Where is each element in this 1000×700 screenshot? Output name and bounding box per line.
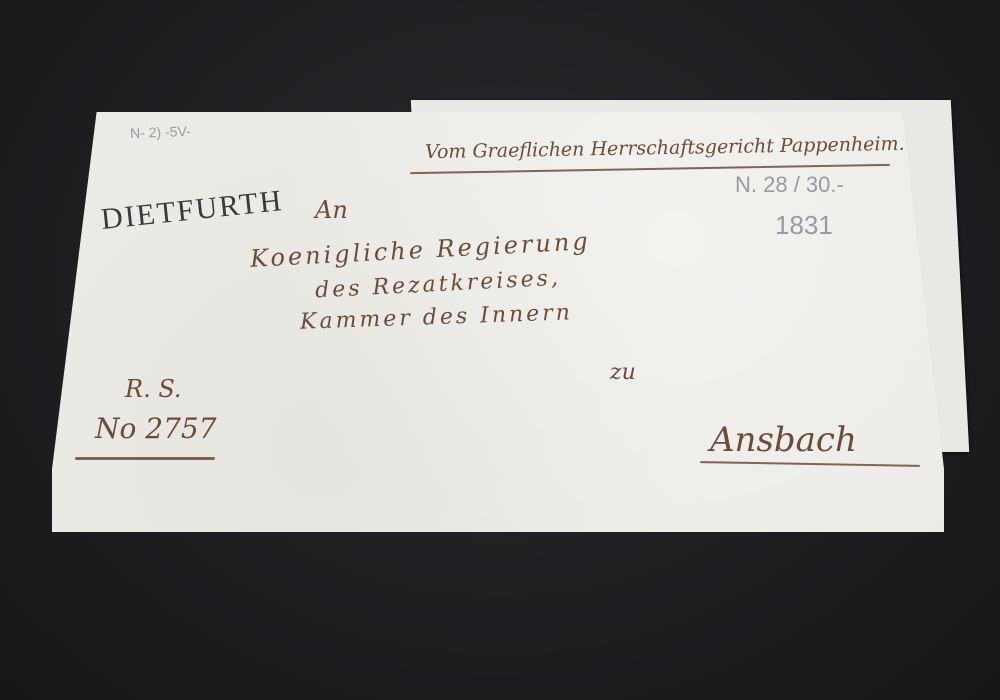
address-prefix: zu <box>610 360 636 385</box>
address-salutation: An <box>315 196 348 224</box>
pencil-year: 1831 <box>775 210 833 241</box>
destination-city: Ansbach <box>710 420 857 460</box>
pencil-reference: N. 28 / 30.- <box>735 172 844 198</box>
registry-mark: R. S. <box>125 375 182 403</box>
pencil-note-top-left: N- 2) -5V- <box>130 123 191 141</box>
registry-number: No 2757 <box>95 412 217 445</box>
registry-underline <box>75 457 215 460</box>
